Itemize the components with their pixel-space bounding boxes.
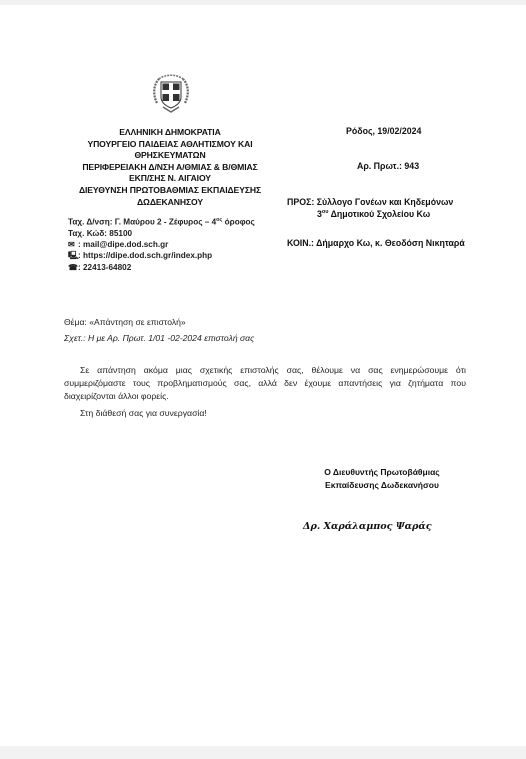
header-line: ΘΡΗΣΚΕΥΜΑΤΩΝ bbox=[52, 150, 288, 162]
header-line: ΥΠΟΥΡΓΕΙΟ ΠΑΙΔΕΙΑΣ ΑΘΛΗΤΙΣΜΟΥ ΚΑΙ bbox=[52, 139, 288, 151]
postal-code: Ταχ. Κώδ: 85100 bbox=[68, 228, 255, 239]
computer-icon: 🖳 bbox=[68, 250, 78, 261]
greek-coat-of-arms-icon bbox=[151, 73, 191, 115]
website-url: : https://dipe.dod.sch.gr/index.php bbox=[78, 251, 212, 260]
phone-icon: ☎ bbox=[68, 262, 78, 273]
body-paragraph: Σε απάντηση ακόμα μιας σχετικής επιστολή… bbox=[64, 364, 466, 404]
cc-line: ΚΟΙΝ.: Δήμαρχο Κω, κ. Θεοδόση Νικηταρά bbox=[287, 238, 465, 248]
reference-line: Σχετ.: Η με Αρ. Πρωτ. 1/01 -02-2024 επισ… bbox=[64, 333, 254, 343]
recipient-line: ΠΡΟΣ: Σύλλογο Γονέων και Κηδεμόνων bbox=[287, 197, 453, 207]
signatory-title: Ο Διευθυντής Πρωτοβάθμιας Εκπαίδευσης Δω… bbox=[292, 466, 472, 492]
address-line: Ταχ. Δ/νση: Γ. Μαύρου 2 - Ζέφυρος – 4ος … bbox=[68, 215, 255, 228]
header-line: ΕΛΛΗΝΙΚΗ ΔΗΜΟΚΡΑΤΙΑ bbox=[52, 127, 288, 139]
signatory-name: Δρ. Χαράλαμπος Ψαράς bbox=[303, 521, 432, 532]
document-date: Ρόδος, 19/02/2024 bbox=[346, 126, 421, 136]
email-line: ✉: mail@dipe.dod.sch.gr bbox=[68, 239, 255, 250]
header-line: ΕΚΠ/ΣΗΣ Ν. ΑΙΓΑΙΟΥ bbox=[52, 173, 288, 185]
protocol-number: Αρ. Πρωτ.: 943 bbox=[357, 161, 419, 171]
email-address: : mail@dipe.dod.sch.gr bbox=[78, 240, 168, 249]
recipient-line-2: 3ου Δημοτικού Σχολείου Κω bbox=[317, 209, 430, 219]
subject-line: Θέμα: «Απάντηση σε επιστολή» bbox=[64, 317, 186, 327]
header-line: ΠΕΡΙΦΕΡΕΙΑΚΗ Δ/ΝΣΗ Α/ΘΜΙΑΣ & Β/ΘΜΙΑΣ bbox=[52, 162, 288, 174]
contact-block: Ταχ. Δ/νση: Γ. Μαύρου 2 - Ζέφυρος – 4ος … bbox=[68, 215, 255, 273]
issuing-authority-header: ΕΛΛΗΝΙΚΗ ΔΗΜΟΚΡΑΤΙΑ ΥΠΟΥΡΓΕΙΟ ΠΑΙΔΕΙΑΣ Α… bbox=[52, 127, 288, 208]
closing-line: Στη διάθεσή σας για συνεργασία! bbox=[80, 408, 207, 418]
envelope-icon: ✉ bbox=[68, 239, 78, 250]
document-page: ΕΛΛΗΝΙΚΗ ΔΗΜΟΚΡΑΤΙΑ ΥΠΟΥΡΓΕΙΟ ΠΑΙΔΕΙΑΣ Α… bbox=[0, 5, 526, 746]
header-line: ΔΙΕΥΘΥΝΣΗ ΠΡΩΤΟΒΑΘΜΙΑΣ ΕΚΠΑΙΔΕΥΣΗΣ bbox=[52, 185, 288, 197]
website-line: 🖳: https://dipe.dod.sch.gr/index.php bbox=[68, 250, 255, 261]
phone-line: ☎: 22413-64802 bbox=[68, 262, 255, 273]
header-line: ΔΩΔΕΚΑΝΗΣΟΥ bbox=[52, 197, 288, 209]
phone-number: : 22413-64802 bbox=[78, 263, 131, 272]
